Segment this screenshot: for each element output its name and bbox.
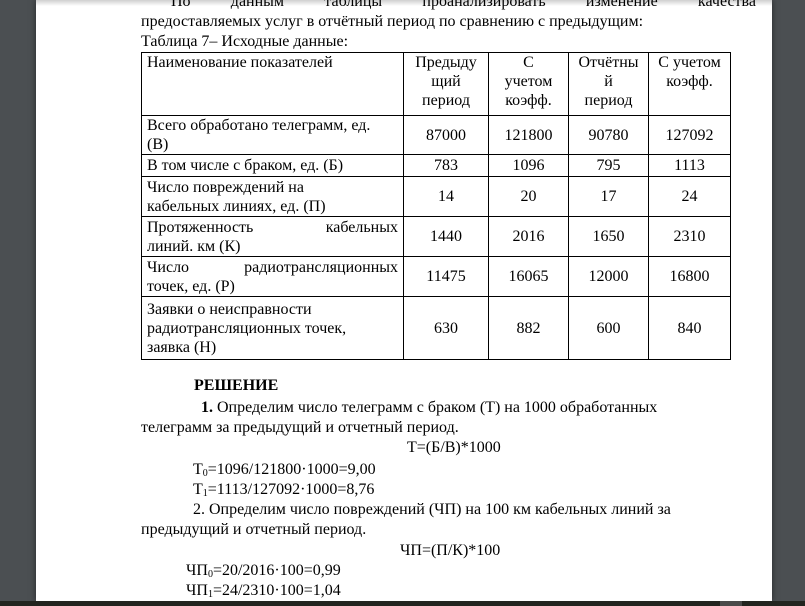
intro-line-2: предоставляемых услуг в отчётный период … — [141, 12, 643, 31]
table-row: Всего обработано телеграмм, ед.(В)870001… — [142, 116, 731, 155]
table-cell-value: 12000 — [569, 257, 649, 297]
step1-calc-0: Т0=1096/121800·1000=9,00 — [193, 460, 376, 479]
column-header: Наименование показателей — [142, 53, 404, 116]
row-label: Протяженность кабельныхлиний. км (К) — [142, 217, 404, 257]
step1-line-2: телеграмм за предыдущий и отчетный перио… — [141, 418, 459, 437]
table-cell-value: 1650 — [569, 217, 649, 257]
column-header: Предыдущийпериод — [404, 53, 489, 116]
table-cell-value: 840 — [649, 297, 731, 360]
table-cell-value: 90780 — [569, 116, 649, 155]
step2-line-1: 2. Определим число повреждений (ЧП) на 1… — [193, 500, 671, 519]
scrollbar-thumb[interactable] — [720, 601, 742, 606]
table-cell-value: 11475 — [404, 257, 489, 297]
table-row: Число радиотрансляционныхточек, ед. (Р)1… — [142, 257, 731, 297]
solution-heading: РЕШЕНИЕ — [194, 376, 278, 395]
step2-formula: ЧП=(П/К)*100 — [400, 541, 500, 560]
row-label: Всего обработано телеграмм, ед.(В) — [142, 116, 404, 155]
table-cell-value: 783 — [404, 155, 489, 177]
intro-line-1: По данным таблицы проанализировать измен… — [141, 0, 756, 11]
horizontal-scrollbar[interactable] — [0, 601, 805, 606]
step1-formula: Т=(Б/В)*1000 — [407, 438, 501, 457]
source-data-table: Наименование показателейПредыдущийпериод… — [141, 52, 731, 360]
step1-calc-1: Т1=1113/127092·1000=8,76 — [193, 480, 374, 499]
table-row: В том числе с браком, ед. (Б)78310967951… — [142, 155, 731, 177]
table-cell-value: 20 — [489, 177, 569, 217]
table-cell-value: 14 — [404, 177, 489, 217]
table-cell-value: 882 — [489, 297, 569, 360]
step2-calc-0: ЧП0=20/2016·100=0,99 — [186, 561, 341, 580]
table-cell-value: 795 — [569, 155, 649, 177]
step2-line-2: предыдущий и отчетный период. — [141, 520, 366, 539]
row-label: В том числе с браком, ед. (Б) — [142, 155, 404, 177]
step2-calc-1: ЧП1=24/2310·100=1,04 — [186, 581, 341, 600]
table-row: Протяженность кабельныхлиний. км (К)1440… — [142, 217, 731, 257]
table-cell-value: 127092 — [649, 116, 731, 155]
table-cell-value: 2016 — [489, 217, 569, 257]
row-label: Число повреждений накабельных линиях, ед… — [142, 177, 404, 217]
row-label: Заявки о неисправностирадиотрансляционны… — [142, 297, 404, 360]
row-label: Число радиотрансляционныхточек, ед. (Р) — [142, 257, 404, 297]
table-cell-value: 1096 — [489, 155, 569, 177]
table-cell-value: 121800 — [489, 116, 569, 155]
table-cell-value: 16800 — [649, 257, 731, 297]
table-cell-value: 87000 — [404, 116, 489, 155]
table-cell-value: 1440 — [404, 217, 489, 257]
table-cell-value: 600 — [569, 297, 649, 360]
table-row: Заявки о неисправностирадиотрансляционны… — [142, 297, 731, 360]
column-header: С учетомкоэфф. — [649, 53, 731, 116]
step1-line-1: 1. Определим число телеграмм с браком (Т… — [201, 398, 657, 417]
table-row: Число повреждений накабельных линиях, ед… — [142, 177, 731, 217]
document-page: По данным таблицы проанализировать измен… — [36, 0, 772, 601]
table-cell-value: 2310 — [649, 217, 731, 257]
table-cell-value: 16065 — [489, 257, 569, 297]
column-header: Сучетомкоэфф. — [489, 53, 569, 116]
table-cell-value: 24 — [649, 177, 731, 217]
table-cell-value: 630 — [404, 297, 489, 360]
table-caption: Таблица 7– Исходные данные: — [141, 32, 348, 51]
table-cell-value: 17 — [569, 177, 649, 217]
table-cell-value: 1113 — [649, 155, 731, 177]
table-header-row: Наименование показателейПредыдущийпериод… — [142, 53, 731, 116]
column-header: Отчётныйпериод — [569, 53, 649, 116]
